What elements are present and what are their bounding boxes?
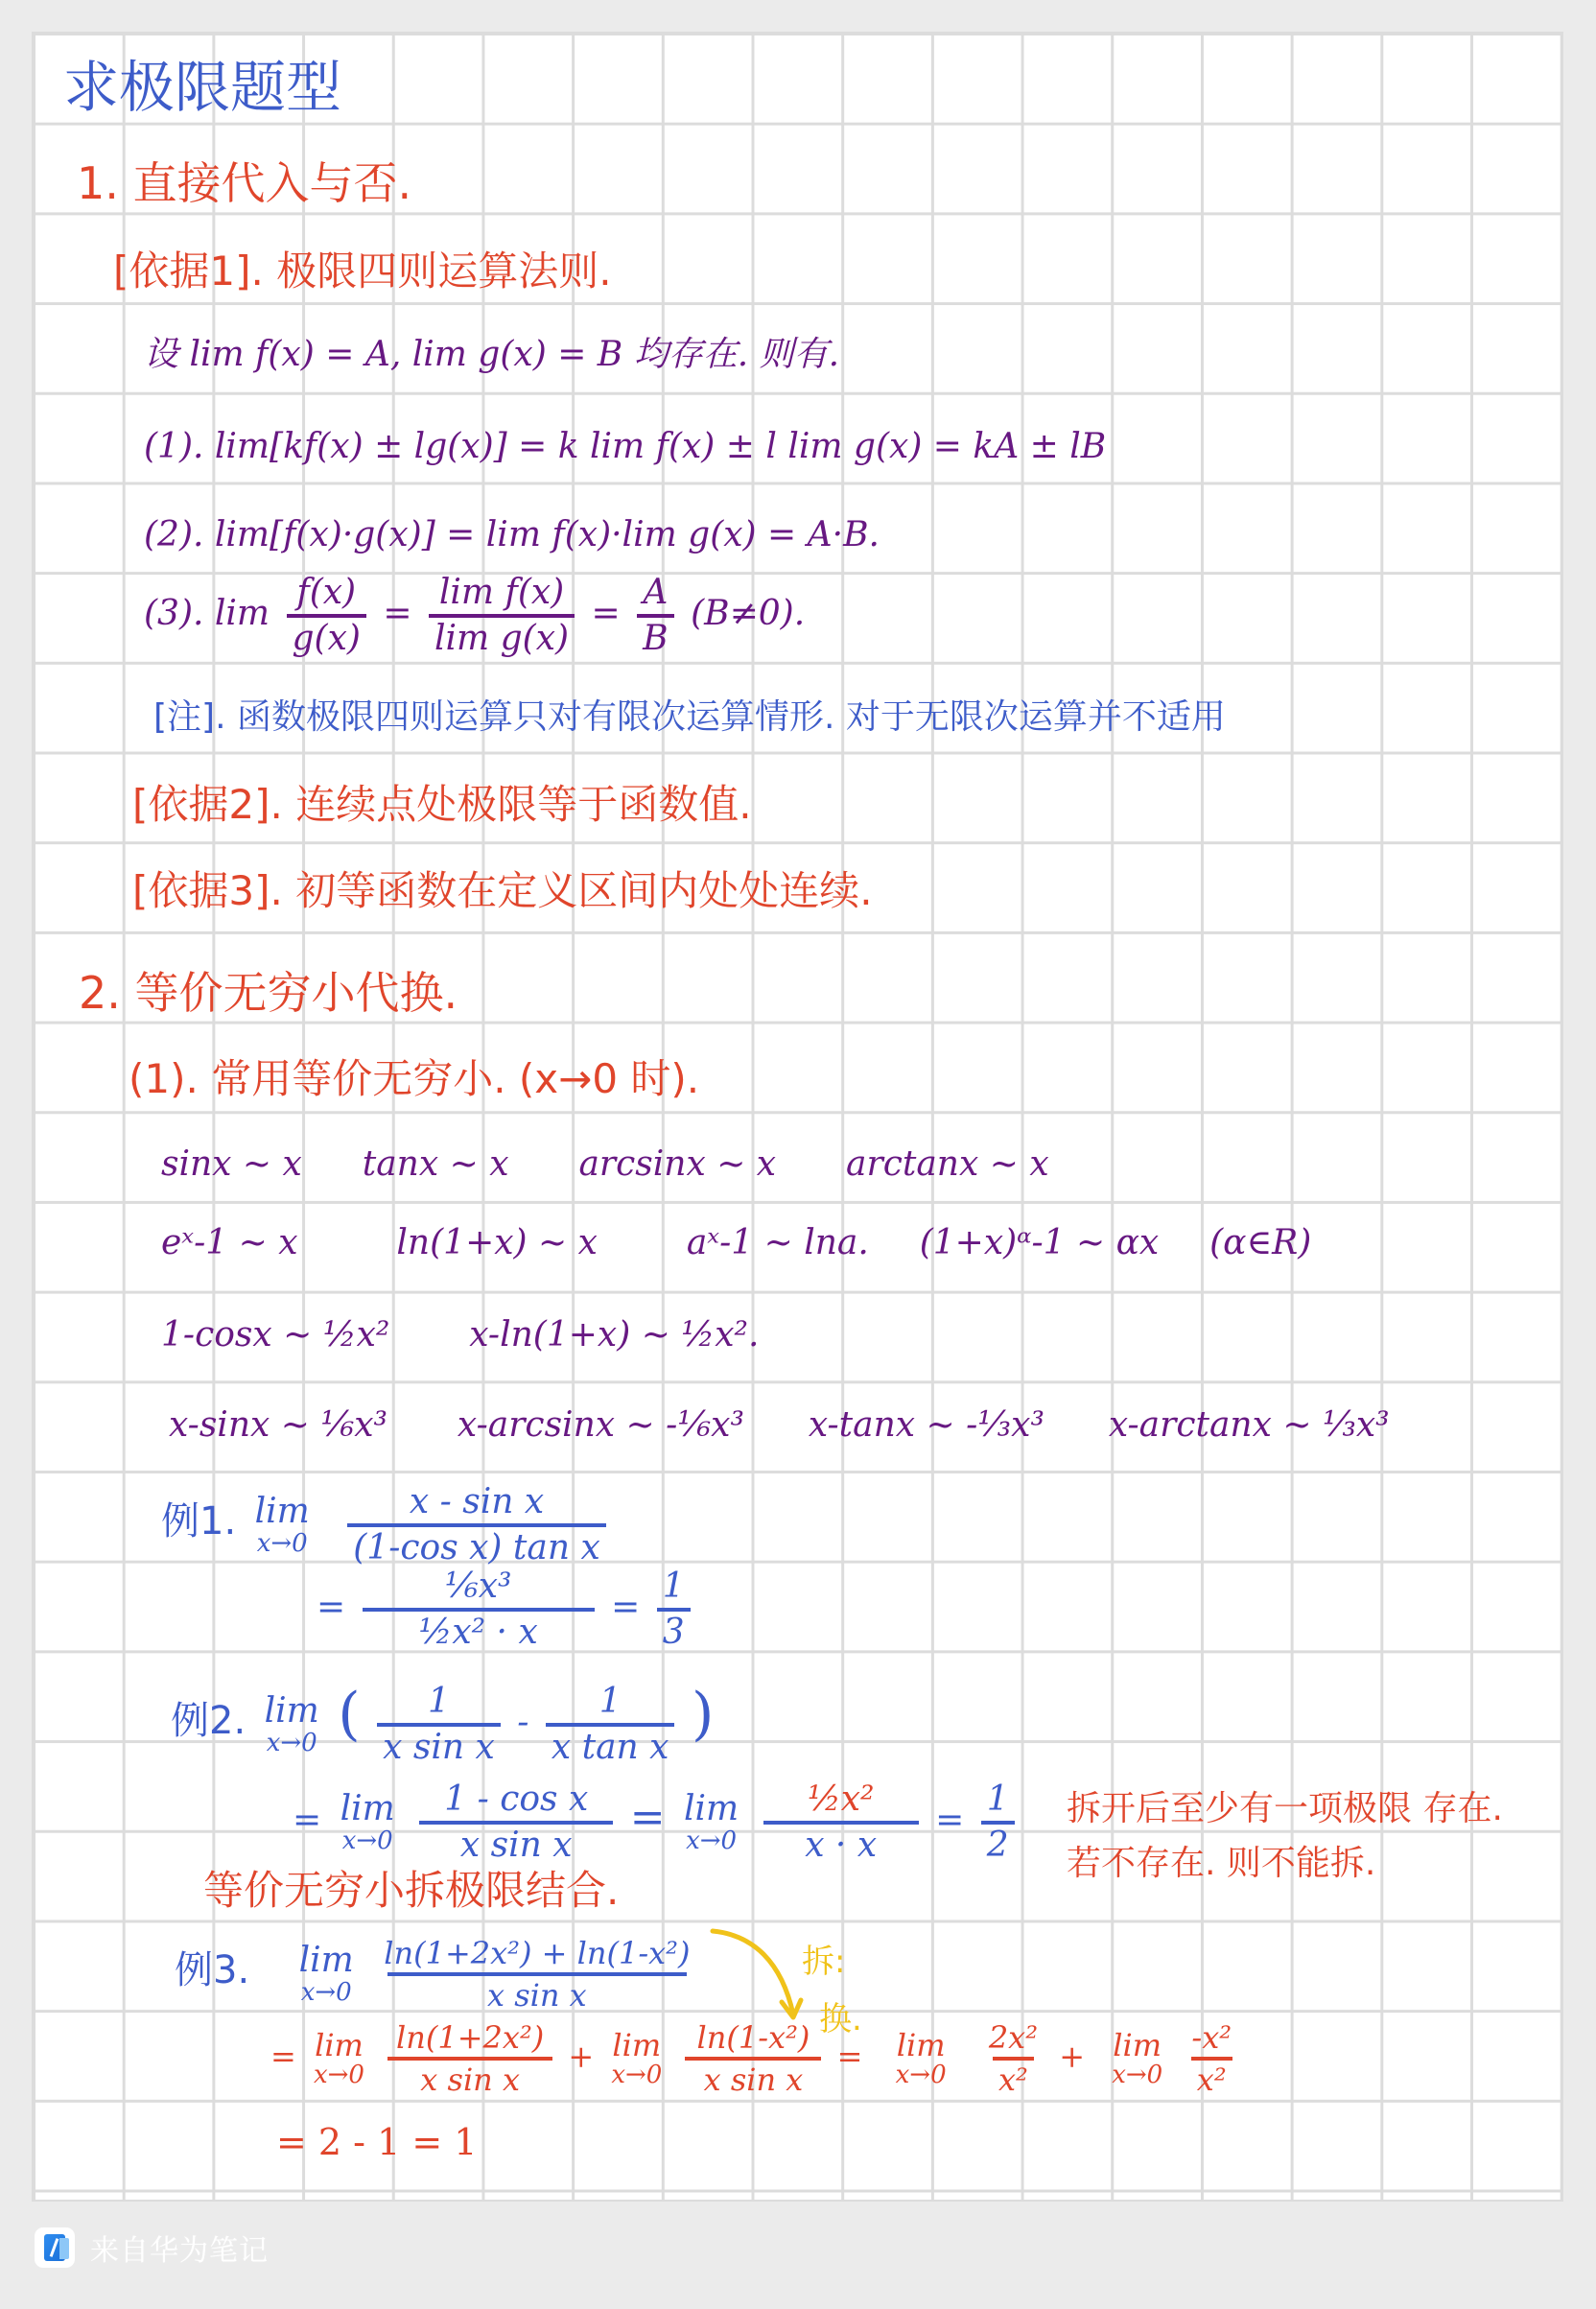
lim-operator: lim x→0 [611,2030,662,2087]
lim-operator: lim x→0 [896,2030,947,2087]
equiv-item: (1+x)ᵅ-1 ~ αx [920,1223,1160,1262]
fraction: f(x) g(x) [287,576,366,656]
lim-operator: lim x→0 [299,1944,354,2005]
equiv-row-1: sinx ~ x tanx ~ x arcsinx ~ x arctanx ~ … [161,1147,1049,1182]
equals: = [592,594,621,633]
numerator: f(x) [291,576,362,614]
numerator: ln(1+2x²) + ln(1-x²) [378,1938,695,1972]
lim-operator: lim x→0 [255,1495,310,1556]
lim-text: lim [1113,2030,1162,2061]
denominator: ½x² · x [363,1608,595,1650]
lim-operator: lim [215,594,270,633]
example-label: 例2. [171,1699,246,1743]
numerator: ln(1+2x²) [390,2022,550,2057]
denominator: x² [1191,2057,1232,2095]
lim-subscript: x→0 [611,2062,662,2087]
denominator: x sin x [419,1821,613,1863]
fraction: 1 x sin x [377,1685,501,1765]
denominator: x sin x [387,1972,687,2011]
lim-text: lim [255,1495,310,1529]
plus: + [1059,2038,1085,2075]
fraction: ½x² x · x [763,1782,919,1863]
denominator: 2 [981,1821,1015,1863]
combine-note: 等价无穷小拆极限结合. [203,1871,619,1911]
equiv-item: arctanx ~ x [846,1144,1049,1184]
basis3: [依据3]. 初等函数在定义区间内处处连续. [132,871,873,911]
split-restriction-note: 若不存在. 则不能拆. [1067,1847,1375,1881]
lim-text: lim [265,1694,319,1729]
denominator: (1-cos x) tan x [347,1523,606,1566]
equiv-item: x-arcsinx ~ -⅙x³ [458,1405,744,1445]
fraction: ln(1-x²) x sin x [685,2022,821,2095]
section1-heading: 1. 直接代入与否. [77,161,411,205]
numerator: 1 [422,1685,456,1723]
numerator: 1 - cos x [438,1782,594,1821]
lim-text: lim [612,2030,661,2061]
numerator: -x² [1185,2022,1237,2057]
denominator: x sin x [685,2057,821,2095]
lim-operator: lim x→0 [314,2030,364,2087]
split-arrow-icon [705,1923,810,2029]
plus: + [568,2038,594,2075]
denominator: x · x [763,1821,919,1863]
footer-source-text: 来自华为笔记 [90,2227,269,2269]
equals: = [837,2038,863,2075]
lim-text: lim [684,1792,739,1826]
equiv-row-2: eˣ-1 ~ x ln(1+x) ~ x aˣ-1 ~ lna. (1+x)ᵅ-… [161,1226,1311,1261]
equiv-item: eˣ-1 ~ x [161,1223,298,1262]
equiv-item: x-sinx ~ ⅙x³ [169,1405,387,1445]
pen-shape [50,2238,59,2257]
annotation-split: 拆: [802,1945,845,1978]
rule-3-label: (3). [144,594,203,633]
lim-text: lim [340,1792,395,1826]
lim-subscript: x→0 [1112,2062,1162,2087]
condition: (B≠0). [691,594,805,633]
rule-1: (1). lim[kf(x) ± lg(x)] = k lim f(x) ± l… [144,430,1106,464]
equiv-item: x-tanx ~ -⅓x³ [809,1405,1044,1445]
fraction: x - sin x (1-cos x) tan x [347,1485,606,1566]
numerator: 2x² [983,2022,1044,2057]
fraction: -x² x² [1185,2022,1237,2095]
example-1-step: = ⅙x³ ½x² · x = 1 3 [317,1569,696,1650]
denominator: x² [993,2057,1034,2095]
page-title: 求极限题型 [63,59,341,115]
section2-heading: 2. 等价无穷小代换. [79,971,458,1015]
fraction: 1 - cos x x sin x [419,1782,613,1863]
lim-subscript: x→0 [342,1828,393,1853]
denominator: lim g(x) [429,614,575,656]
equiv-item: (α∈R) [1209,1223,1311,1262]
minus: - [517,1703,528,1742]
lim-text: lim [299,1944,354,1978]
numerator: ln(1-x²) [692,2022,816,2057]
numerator: 1 [981,1782,1015,1821]
denominator: 3 [657,1608,691,1650]
equals: = [317,1588,345,1627]
equiv-row-4: x-sinx ~ ⅙x³ x-arcsinx ~ -⅙x³ x-tanx ~ -… [169,1408,1390,1443]
denominator: B [637,614,673,656]
rule-2: (2). lim[f(x)·g(x)] = lim f(x)·lim g(x) … [144,518,880,553]
basis2: [依据2]. 连续点处极限等于函数值. [132,785,752,825]
equals: = [293,1801,321,1840]
equiv-item: ln(1+x) ~ x [396,1223,598,1262]
example-label: 例3. [175,1948,249,1992]
equiv-item: 1-cosx ~ ½x² [161,1315,389,1355]
lim-subscript: x→0 [896,2062,947,2087]
denominator: x sin x [387,2057,552,2095]
lim-operator: lim x→0 [1112,2030,1162,2087]
denominator: x tan x [546,1723,675,1765]
lim-subscript: x→0 [257,1531,308,1556]
numerator: x - sin x [404,1485,550,1523]
lim-subscript: x→0 [314,2062,364,2087]
lim-operator: lim x→0 [340,1792,395,1853]
denominator: g(x) [287,614,366,656]
numerator: 1 [657,1569,691,1608]
example-1: 例1. lim x→0 x - sin x (1-cos x) tan x [161,1485,612,1566]
numerator: 1 [594,1685,627,1723]
result-fraction: 1 2 [981,1782,1015,1863]
equals: = [270,2038,296,2075]
rule-2-formula: lim[f(x)·g(x)] = lim f(x)·lim g(x) = A·B… [215,515,880,554]
common-equivalents-heading: (1). 常用等价无穷小. (x→0 时). [129,1059,699,1099]
example-2-steps: = lim x→0 1 - cos x x sin x = lim x→0 ½x… [293,1782,1021,1863]
footer: 来自华为笔记 [35,2226,269,2270]
lim-operator: lim x→0 [265,1694,319,1755]
example-label: 例1. [161,1499,236,1543]
example-3-split: = lim x→0 ln(1+2x²) x sin x + lim x→0 ln… [270,2022,1243,2095]
equiv-item: tanx ~ x [363,1144,509,1184]
result-fraction: 1 3 [657,1569,691,1650]
equals: = [935,1801,964,1840]
equiv-item: aˣ-1 ~ lna. [687,1223,869,1262]
numerator: A [637,576,673,614]
split-condition-note: 拆开后至少有一项极限 存在. [1067,1792,1503,1826]
numerator: ⅙x³ [439,1569,518,1608]
fraction: A B [637,576,673,656]
fraction: lim f(x) lim g(x) [429,576,575,656]
lim-operator: lim x→0 [684,1792,739,1853]
equals: = [383,594,411,633]
example-3-result: = 2 - 1 = 1 [276,2124,477,2160]
fraction: ln(1+2x²) + ln(1-x²) x sin x [378,1938,695,2011]
assumption-text: 设 lim f(x) = A, lim g(x) = B 均存在. 则有. [144,338,839,372]
open-paren: ( [338,1681,360,1748]
example-3: 例3. lim x→0 ln(1+2x²) + ln(1-x²) x sin x [175,1938,701,2011]
lim-text: lim [315,2030,364,2061]
equiv-item: sinx ~ x [161,1144,302,1184]
equiv-item: arcsinx ~ x [578,1144,776,1184]
fraction: 1 x tan x [546,1685,675,1765]
note-text: [注]. 函数极限四则运算只对有限次运算情形. 对于无限次运算并不适用 [153,700,1226,735]
close-paren: ) [692,1681,714,1748]
lim-subscript: x→0 [686,1828,737,1853]
notebook-pages [59,2238,69,2259]
example-2: 例2. lim x→0 ( 1 x sin x - 1 x tan x ) [171,1685,714,1765]
equals: = [630,1793,666,1842]
rule-2-label: (2). [144,515,203,554]
equiv-item: x-arctanx ~ ⅓x³ [1109,1405,1390,1445]
rule-1-label: (1). [144,427,203,466]
fraction: ln(1+2x²) x sin x [387,2022,552,2095]
rule-1-formula: lim[kf(x) ± lg(x)] = k lim f(x) ± l lim … [215,427,1106,466]
lim-subscript: x→0 [267,1731,317,1755]
numerator: ½x² [802,1782,880,1821]
equals: = [611,1588,640,1627]
equiv-item: x-ln(1+x) ~ ½x². [469,1315,759,1355]
numerator: lim f(x) [434,576,570,614]
fraction: ⅙x³ ½x² · x [363,1569,595,1650]
lim-subscript: x→0 [301,1980,352,2005]
basis1: [依据1]. 极限四则运算法则. [113,251,612,292]
denominator: x sin x [377,1723,501,1765]
lim-text: lim [897,2030,946,2061]
huawei-notes-icon [35,2227,75,2268]
rule-3: (3). lim f(x) g(x) = lim f(x) lim g(x) =… [144,576,805,656]
equiv-row-3: 1-cosx ~ ½x² x-ln(1+x) ~ ½x². [161,1318,759,1353]
fraction: 2x² x² [983,2022,1044,2095]
